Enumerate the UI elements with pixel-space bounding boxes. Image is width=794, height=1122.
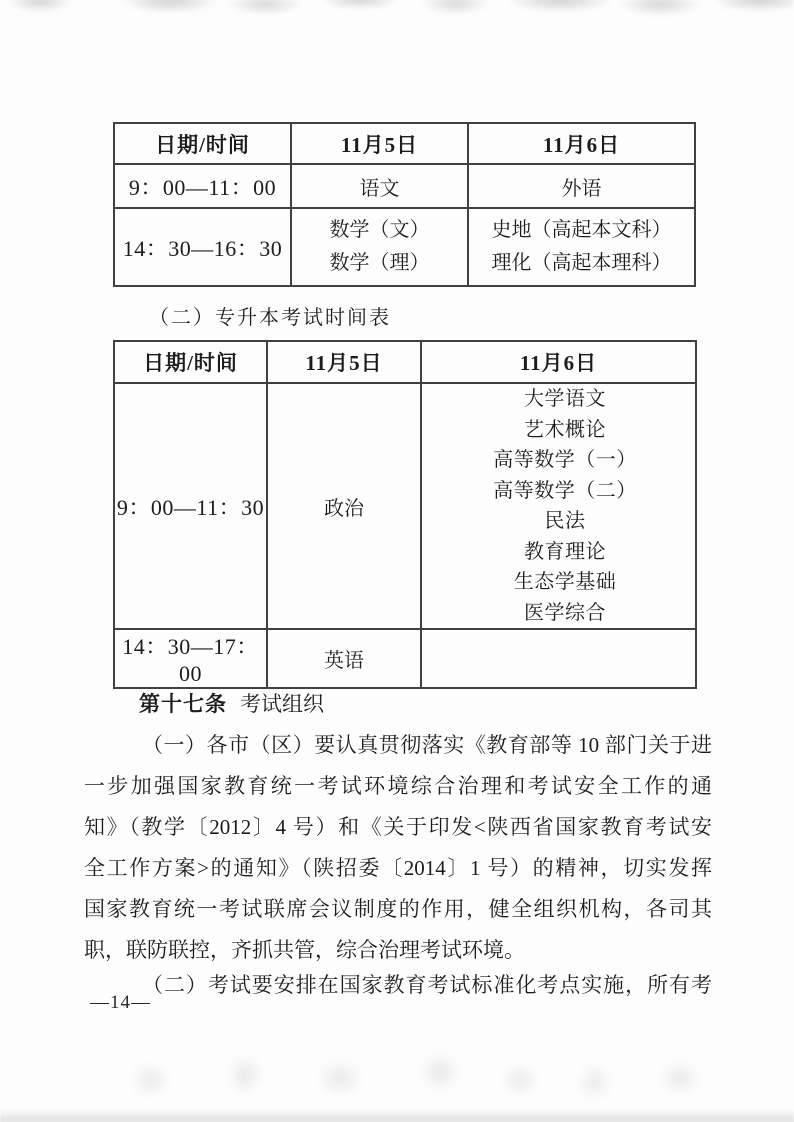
subject-cell: 史地（高起本文科） 理化（高起本理科） [468, 208, 695, 286]
time-slot: 14：30—16：30 [114, 208, 291, 286]
time-slot: 9：00—11：00 [114, 164, 291, 208]
subject-line: 理化（高起本理科） [469, 247, 694, 280]
exam-timetable-2: 日期/时间 11月5日 11月6日 9：00—11：30 政治 大学语文 艺术概… [113, 340, 697, 689]
header-nov-6: 11月6日 [421, 341, 696, 383]
paragraph-line: （二）考试要安排在国家教育考试标准化考点实施，所有考 [84, 965, 712, 1006]
subject-cell-empty [421, 629, 696, 688]
exam-timetable-1: 日期/时间 11月5日 11月6日 9：00—11：00 语文 外语 14：30… [113, 122, 696, 287]
paragraph-line: （一）各市（区）要认真贯彻落实《教育部等 10 部门关于进 [84, 725, 712, 766]
paragraph-2: （二）考试要安排在国家教育考试标准化考点实施，所有考 [84, 965, 712, 1006]
header-nov-6: 11月6日 [468, 123, 695, 164]
subject-line: 教育理论 [422, 537, 695, 568]
subject-line: 数学（理） [292, 247, 467, 280]
table-row: 14：30—16：30 数学（文） 数学（理） 史地（高起本文科） 理化（高起本… [114, 208, 695, 286]
header-nov-5: 11月5日 [291, 123, 468, 164]
paragraph-line: 国家教育统一考试联席会议制度的作用，健全组织机构，各司其 [84, 889, 712, 930]
subject-cell: 英语 [267, 629, 421, 688]
paragraph-line: 知》（教学〔2012〕4 号）和《关于印发<陕西省国家教育考试安 [84, 807, 712, 848]
subject-line: 史地（高起本文科） [469, 214, 694, 247]
table-row: 9：00—11：00 语文 外语 [114, 164, 695, 208]
subject-cell: 政治 [267, 383, 421, 629]
subject-line: 医学综合 [422, 598, 695, 629]
table-header-row: 日期/时间 11月5日 11月6日 [114, 341, 696, 383]
subject-line: 数学（文） [292, 214, 467, 247]
subject-line: 民法 [422, 506, 695, 537]
paragraph-line: 一步加强国家教育统一考试环境综合治理和考试安全工作的通 [84, 766, 712, 807]
page-number: —14— [90, 992, 151, 1014]
subject-line: 生态学基础 [422, 567, 695, 598]
subject-line: 高等数学（二） [422, 476, 695, 507]
header-date-time: 日期/时间 [114, 341, 267, 383]
article-number: 第十七条 [139, 692, 227, 716]
body-text: 第十七条考试组织 （一）各市（区）要认真贯彻落实《教育部等 10 部门关于进 一… [84, 684, 712, 1006]
time-slot: 14：30—17：00 [114, 629, 267, 688]
scan-artifact-bottom [0, 1030, 794, 1110]
paragraph-line: 全工作方案>的通知》（陕招委〔2014〕1 号）的精神，切实发挥 [84, 848, 712, 889]
table-row: 9：00—11：30 政治 大学语文 艺术概论 高等数学（一） 高等数学（二） … [114, 383, 696, 629]
subject-line: 大学语文 [422, 384, 695, 415]
time-slot: 9：00—11：30 [114, 383, 267, 629]
article-title: 考试组织 [240, 692, 324, 716]
header-nov-5: 11月5日 [267, 341, 421, 383]
subject-line: 高等数学（一） [422, 445, 695, 476]
subject-cell: 数学（文） 数学（理） [291, 208, 468, 286]
scan-artifact-bottom-strip [0, 1108, 794, 1122]
table-row: 14：30—17：00 英语 [114, 629, 696, 688]
subject-cell: 外语 [468, 164, 695, 208]
subject-list: 大学语文 艺术概论 高等数学（一） 高等数学（二） 民法 教育理论 生态学基础 … [422, 384, 695, 628]
section-caption-zhuanshengben: （二）专升本考试时间表 [149, 301, 391, 330]
subject-cell: 语文 [291, 164, 468, 208]
article-17-heading: 第十七条考试组织 [139, 684, 712, 725]
scan-artifact-top [0, 0, 794, 28]
document-page: 日期/时间 11月5日 11月6日 9：00—11：00 语文 外语 14：30… [0, 0, 794, 1122]
paragraph-1: （一）各市（区）要认真贯彻落实《教育部等 10 部门关于进 一步加强国家教育统一… [84, 725, 712, 971]
subject-line: 艺术概论 [422, 415, 695, 446]
subject-list-cell: 大学语文 艺术概论 高等数学（一） 高等数学（二） 民法 教育理论 生态学基础 … [421, 383, 696, 629]
table-header-row: 日期/时间 11月5日 11月6日 [114, 123, 695, 164]
header-date-time: 日期/时间 [114, 123, 291, 164]
